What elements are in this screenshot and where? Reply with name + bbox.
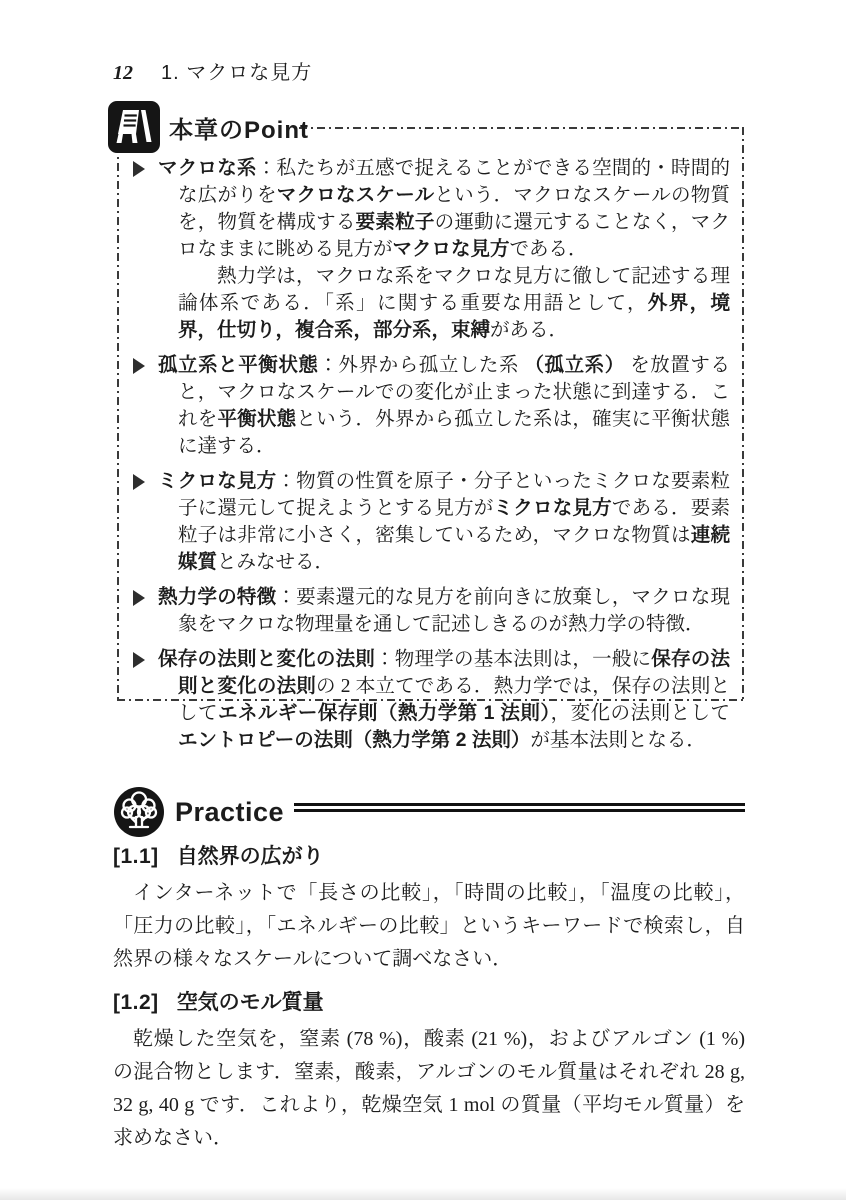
point-bullet: 保存の法則と変化の法則：物理学の基本法則は，一般に保存の法則と変化の法則の 2 … bbox=[133, 646, 730, 754]
practice-section: Practice [1.1]自然界の広がり インターネットで「長さの比較」，「時… bbox=[113, 786, 745, 1169]
point-bullet: 孤立系と平衡状態：外界から孤立した系 （孤立系） を放置すると，マクロなスケール… bbox=[133, 352, 730, 460]
tree-icon bbox=[113, 786, 165, 838]
triangle-right-icon bbox=[133, 358, 145, 374]
problem-title: [1.1]自然界の広がり bbox=[113, 844, 745, 870]
point-bullet-body: ミクロな見方：物質の性質を原子・分子といったミクロな要素粒子に還元して捉えようと… bbox=[158, 468, 730, 576]
problem-title: [1.2]空気のモル質量 bbox=[113, 990, 745, 1016]
page-number: 12 bbox=[113, 60, 133, 86]
point-bullet-paragraph: 熱力学は，マクロな系をマクロな見方に徹して記述する理論体系である．「系」に関する… bbox=[178, 263, 730, 344]
page-header: 12 1. マクロな見方 bbox=[113, 60, 312, 86]
problem-body: インターネットで「長さの比較」，「時間の比較」，「温度の比較」，「圧力の比較」，… bbox=[113, 877, 745, 976]
practice-title: Practice bbox=[175, 797, 284, 828]
double-rule bbox=[294, 803, 745, 812]
point-bullet-paragraph: 保存の法則と変化の法則：物理学の基本法則は，一般に保存の法則と変化の法則の 2 … bbox=[178, 646, 730, 754]
problem-name: 空気のモル質量 bbox=[177, 991, 324, 1014]
point-bullet-paragraph: 熱力学の特徴：要素還元的な見方を前向きに放棄し，マクロな現象をマクロな物理量を通… bbox=[178, 584, 730, 638]
scan-edge-shadow bbox=[0, 1188, 846, 1200]
point-bullet-paragraph: 孤立系と平衡状態：外界から孤立した系 （孤立系） を放置すると，マクロなスケール… bbox=[178, 352, 730, 460]
point-bullet-body: 孤立系と平衡状態：外界から孤立した系 （孤立系） を放置すると，マクロなスケール… bbox=[158, 352, 730, 460]
point-bullet-paragraph: ミクロな見方：物質の性質を原子・分子といったミクロな要素粒子に還元して捉えようと… bbox=[178, 468, 730, 576]
point-bullet-paragraph: マクロな系：私たちが五感で捉えることができる空間的・時間的な広がりをマクロなスケ… bbox=[178, 155, 730, 263]
signboard-icon bbox=[108, 101, 160, 153]
triangle-right-icon bbox=[133, 652, 145, 668]
problem-number: [1.1] bbox=[113, 845, 159, 868]
running-head-title: 1. マクロな見方 bbox=[161, 60, 312, 86]
point-box-header: 本章のPoint bbox=[108, 101, 309, 153]
triangle-right-icon bbox=[133, 474, 145, 490]
triangle-right-icon bbox=[133, 590, 145, 606]
practice-header: Practice bbox=[113, 786, 745, 838]
problem-body: 乾燥した空気を，窒素 (78 %)，酸素 (21 %)，およびアルゴン (1 %… bbox=[113, 1023, 745, 1155]
chapter-point-box: 本章のPoint マクロな系：私たちが五感で捉えることができる空間的・時間的な広… bbox=[117, 127, 744, 701]
point-box-title: 本章のPoint bbox=[169, 110, 309, 145]
point-bullet: マクロな系：私たちが五感で捉えることができる空間的・時間的な広がりをマクロなスケ… bbox=[133, 155, 730, 344]
problem-number: [1.2] bbox=[113, 991, 159, 1014]
point-bullet: 熱力学の特徴：要素還元的な見方を前向きに放棄し，マクロな現象をマクロな物理量を通… bbox=[133, 584, 730, 638]
point-bullet-body: マクロな系：私たちが五感で捉えることができる空間的・時間的な広がりをマクロなスケ… bbox=[158, 155, 730, 344]
problem-name: 自然界の広がり bbox=[177, 845, 324, 868]
triangle-right-icon bbox=[133, 161, 145, 177]
point-bullet-body: 保存の法則と変化の法則：物理学の基本法則は，一般に保存の法則と変化の法則の 2 … bbox=[158, 646, 730, 754]
book-page: 12 1. マクロな見方 bbox=[0, 0, 846, 1200]
point-bullet-body: 熱力学の特徴：要素還元的な見方を前向きに放棄し，マクロな現象をマクロな物理量を通… bbox=[158, 584, 730, 638]
point-bullet: ミクロな見方：物質の性質を原子・分子といったミクロな要素粒子に還元して捉えようと… bbox=[133, 468, 730, 576]
